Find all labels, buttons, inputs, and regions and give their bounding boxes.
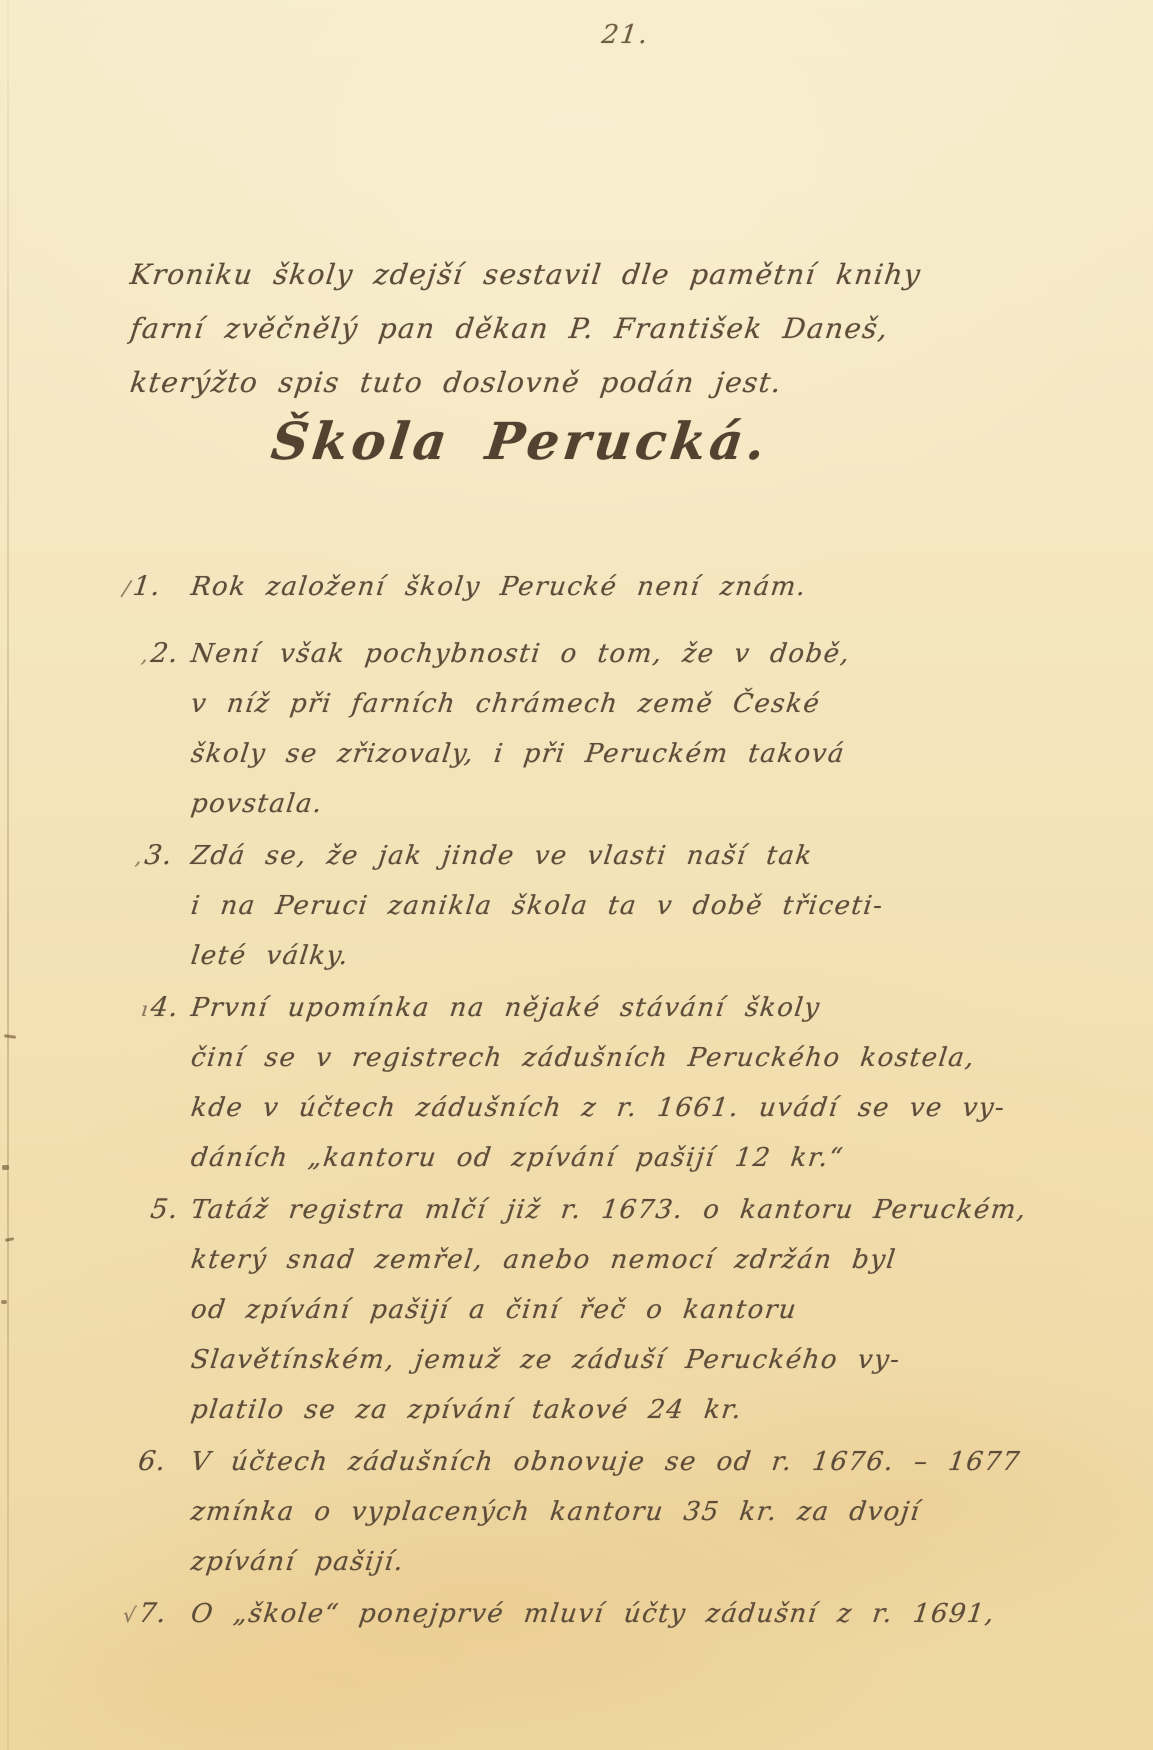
- check-mark: ı: [140, 997, 149, 1021]
- text-line: První upomínka na nějaké stávání školy: [188, 983, 1086, 1033]
- numbered-list: ∕1. Rok založení školy Perucké není znám…: [120, 562, 1080, 1642]
- list-item: √7. O „škole“ ponejprvé mluví účty záduš…: [120, 1589, 1080, 1640]
- text-line: Není však pochybnosti o tom, že v době,: [188, 629, 1086, 679]
- item-number: √7.: [120, 1589, 194, 1640]
- item-number-label: 1.: [131, 571, 163, 602]
- intro-line: kterýžto spis tuto doslovně podán jest.: [127, 356, 924, 410]
- check-mark: ‚: [134, 845, 143, 869]
- text-line: Slavětínském, jemuž ze záduší Peruckého …: [188, 1335, 1086, 1385]
- text-line: i na Peruci zanikla škola ta v době třic…: [188, 881, 1086, 931]
- item-text: Rok založení školy Perucké není znám.: [188, 562, 1080, 613]
- item-number: ∕1.: [120, 562, 194, 613]
- item-text: Zdá se, že jak jinde ve vlasti naší tak …: [188, 831, 1080, 981]
- text-line: kde v účtech zádušních z r. 1661. uvádí …: [188, 1083, 1086, 1133]
- check-mark: ∕: [122, 576, 132, 600]
- text-line: platilo se za zpívání takové 24 kr.: [188, 1385, 1086, 1435]
- list-item: ‚2. Není však pochybnosti o tom, že v do…: [120, 629, 1080, 829]
- list-item: ‚3. Zdá se, že jak jinde ve vlasti naší …: [120, 831, 1080, 981]
- text-line: povstala.: [188, 779, 1086, 829]
- item-number-label: 5.: [149, 1194, 181, 1225]
- page-binding-crease: [7, 0, 9, 1750]
- intro-paragraph: Kroniku školy zdejší sestavil dle pamětn…: [127, 248, 918, 410]
- text-line: který snad zemřel, anebo nemocí zdržán b…: [188, 1235, 1086, 1285]
- item-text: První upomínka na nějaké stávání školy č…: [188, 983, 1080, 1183]
- text-line: dáních „kantoru od zpívání pašijí 12 kr.…: [188, 1133, 1086, 1183]
- list-item: 6. V účtech zádušních obnovuje se od r. …: [120, 1437, 1080, 1587]
- text-line: V účtech zádušních obnovuje se od r. 167…: [188, 1437, 1086, 1487]
- text-line: Rok založení školy Perucké není znám.: [188, 562, 1086, 612]
- check-mark: √: [122, 1603, 138, 1627]
- page-title: Škola Perucká.: [268, 412, 772, 472]
- page-number: 21.: [600, 20, 651, 50]
- text-line: leté války.: [188, 931, 1086, 981]
- paper-tear-speck: [2, 1165, 9, 1170]
- manuscript-page: 21. Kroniku školy zdejší sestavil dle pa…: [0, 0, 1153, 1750]
- intro-line: Kroniku školy zdejší sestavil dle pamětn…: [127, 248, 924, 302]
- text-line: od zpívání pašijí a činí řeč o kantoru: [188, 1285, 1086, 1335]
- paper-tear-speck: [5, 1237, 14, 1242]
- item-number-label: 7.: [137, 1598, 169, 1629]
- text-line: Tatáž registra mlčí již r. 1673. o kanto…: [188, 1185, 1086, 1235]
- item-text: O „škole“ ponejprvé mluví účty zádušní z…: [188, 1589, 1080, 1640]
- text-line: Zdá se, že jak jinde ve vlasti naší tak: [188, 831, 1086, 881]
- text-line: činí se v registrech zádušních Peruckého…: [188, 1033, 1086, 1083]
- intro-line: farní zvěčnělý pan děkan P. František Da…: [127, 302, 924, 356]
- text-line: zpívání pašijí.: [188, 1537, 1086, 1587]
- item-text: V účtech zádušních obnovuje se od r. 167…: [188, 1437, 1080, 1587]
- item-number-label: 2.: [149, 638, 181, 669]
- list-item: ı4. První upomínka na nějaké stávání ško…: [120, 983, 1080, 1183]
- paper-tear-speck: [4, 1034, 16, 1039]
- text-line: zmínka o vyplacených kantoru 35 kr. za d…: [188, 1487, 1086, 1537]
- item-text: Tatáž registra mlčí již r. 1673. o kanto…: [188, 1185, 1080, 1435]
- item-number-label: 6.: [137, 1446, 169, 1477]
- list-item: 5. Tatáž registra mlčí již r. 1673. o ka…: [120, 1185, 1080, 1435]
- text-line: v níž při farních chrámech země České: [188, 679, 1086, 729]
- paper-tear-speck: [1, 1300, 7, 1304]
- check-mark: ‚: [140, 643, 149, 667]
- item-number-label: 3.: [143, 840, 175, 871]
- text-line: O „škole“ ponejprvé mluví účty zádušní z…: [188, 1589, 1086, 1639]
- item-number-label: 4.: [149, 992, 181, 1023]
- text-line: školy se zřizovaly, i při Peruckém takov…: [188, 729, 1086, 779]
- list-item: ∕1. Rok založení školy Perucké není znám…: [120, 562, 1080, 613]
- item-text: Není však pochybnosti o tom, že v době, …: [188, 629, 1080, 829]
